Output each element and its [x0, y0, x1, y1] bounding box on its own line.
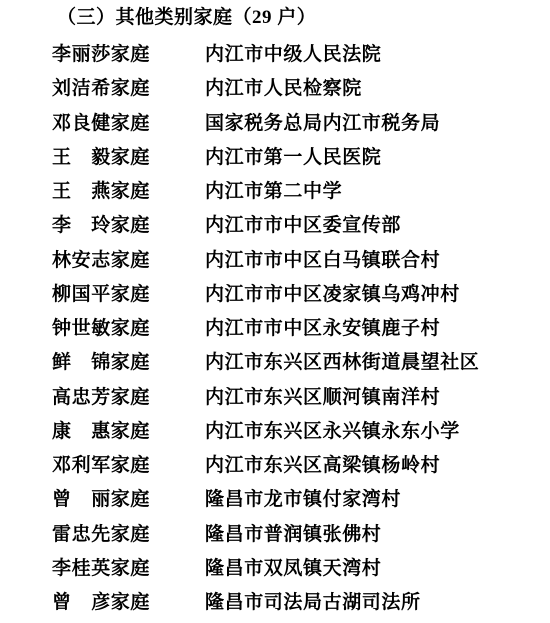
family-organization: 内江市第一人民医院: [205, 141, 381, 175]
family-organization: 内江市市中区白马镇联合村: [205, 244, 440, 278]
family-row: 钟世敏家庭 内江市市中区永安镇鹿子村: [0, 312, 550, 346]
family-organization: 内江市第二中学: [205, 175, 342, 209]
family-name: 李桂英家庭: [52, 552, 150, 586]
family-organization: 隆昌市普润镇张佛村: [205, 518, 381, 552]
family-organization: 内江市市中区永安镇鹿子村: [205, 312, 440, 346]
family-organization: 隆昌市龙市镇付家湾村: [205, 483, 401, 517]
family-row: 高忠芳家庭 内江市东兴区顺河镇南洋村: [0, 381, 550, 415]
family-name: 刘洁希家庭: [52, 72, 150, 106]
family-name: 雷忠先家庭: [52, 518, 150, 552]
family-organization: 内江市东兴区永兴镇永东小学: [205, 415, 460, 449]
family-row: 李 玲家庭 内江市市中区委宣传部: [0, 209, 550, 243]
family-row: 李桂英家庭 隆昌市双凤镇天湾村: [0, 552, 550, 586]
family-organization: 国家税务总局内江市税务局: [205, 107, 440, 141]
family-row: 李丽莎家庭 内江市中级人民法院: [0, 38, 550, 72]
family-organization: 内江市市中区委宣传部: [205, 209, 401, 243]
family-name: 王 毅家庭: [52, 141, 150, 175]
family-organization: 内江市东兴区顺河镇南洋村: [205, 381, 440, 415]
family-organization: 隆昌市双凤镇天湾村: [205, 552, 381, 586]
family-name: 王 燕家庭: [52, 175, 150, 209]
family-name: 柳国平家庭: [52, 278, 150, 312]
family-name: 曾 彦家庭: [52, 586, 150, 620]
family-row: 邓利军家庭 内江市东兴区高梁镇杨岭村: [0, 449, 550, 483]
family-list: 李丽莎家庭 内江市中级人民法院 刘洁希家庭 内江市人民检察院 邓良健家庭 国家税…: [0, 38, 550, 620]
family-organization: 内江市东兴区西林街道晨望社区: [205, 346, 479, 380]
family-organization: 内江市东兴区高梁镇杨岭村: [205, 449, 440, 483]
family-name: 李丽莎家庭: [52, 38, 150, 72]
family-row: 邓良健家庭 国家税务总局内江市税务局: [0, 107, 550, 141]
family-name: 高忠芳家庭: [52, 381, 150, 415]
family-name: 邓良健家庭: [52, 107, 150, 141]
family-row: 刘洁希家庭 内江市人民检察院: [0, 72, 550, 106]
family-name: 钟世敏家庭: [52, 312, 150, 346]
family-row: 曾 丽家庭 隆昌市龙市镇付家湾村: [0, 483, 550, 517]
family-row: 雷忠先家庭 隆昌市普润镇张佛村: [0, 518, 550, 552]
family-name: 李 玲家庭: [52, 209, 150, 243]
family-name: 曾 丽家庭: [52, 483, 150, 517]
section-title: （三）其他类别家庭（29 户）: [57, 3, 316, 33]
family-row: 康 惠家庭 内江市东兴区永兴镇永东小学: [0, 415, 550, 449]
family-organization: 内江市人民检察院: [205, 72, 362, 106]
family-organization: 隆昌市司法局古湖司法所: [205, 586, 421, 620]
family-name: 林安志家庭: [52, 244, 150, 278]
family-row: 柳国平家庭 内江市市中区凌家镇乌鸡冲村: [0, 278, 550, 312]
family-row: 曾 彦家庭 隆昌市司法局古湖司法所: [0, 586, 550, 620]
family-row: 王 毅家庭 内江市第一人民医院: [0, 141, 550, 175]
family-organization: 内江市市中区凌家镇乌鸡冲村: [205, 278, 460, 312]
family-row: 林安志家庭 内江市市中区白马镇联合村: [0, 244, 550, 278]
family-name: 鲜 锦家庭: [52, 346, 150, 380]
family-name: 康 惠家庭: [52, 415, 150, 449]
family-row: 王 燕家庭 内江市第二中学: [0, 175, 550, 209]
family-organization: 内江市中级人民法院: [205, 38, 381, 72]
family-row: 鲜 锦家庭 内江市东兴区西林街道晨望社区: [0, 346, 550, 380]
family-name: 邓利军家庭: [52, 449, 150, 483]
document-page: （三）其他类别家庭（29 户） 李丽莎家庭 内江市中级人民法院 刘洁希家庭 内江…: [0, 0, 550, 623]
